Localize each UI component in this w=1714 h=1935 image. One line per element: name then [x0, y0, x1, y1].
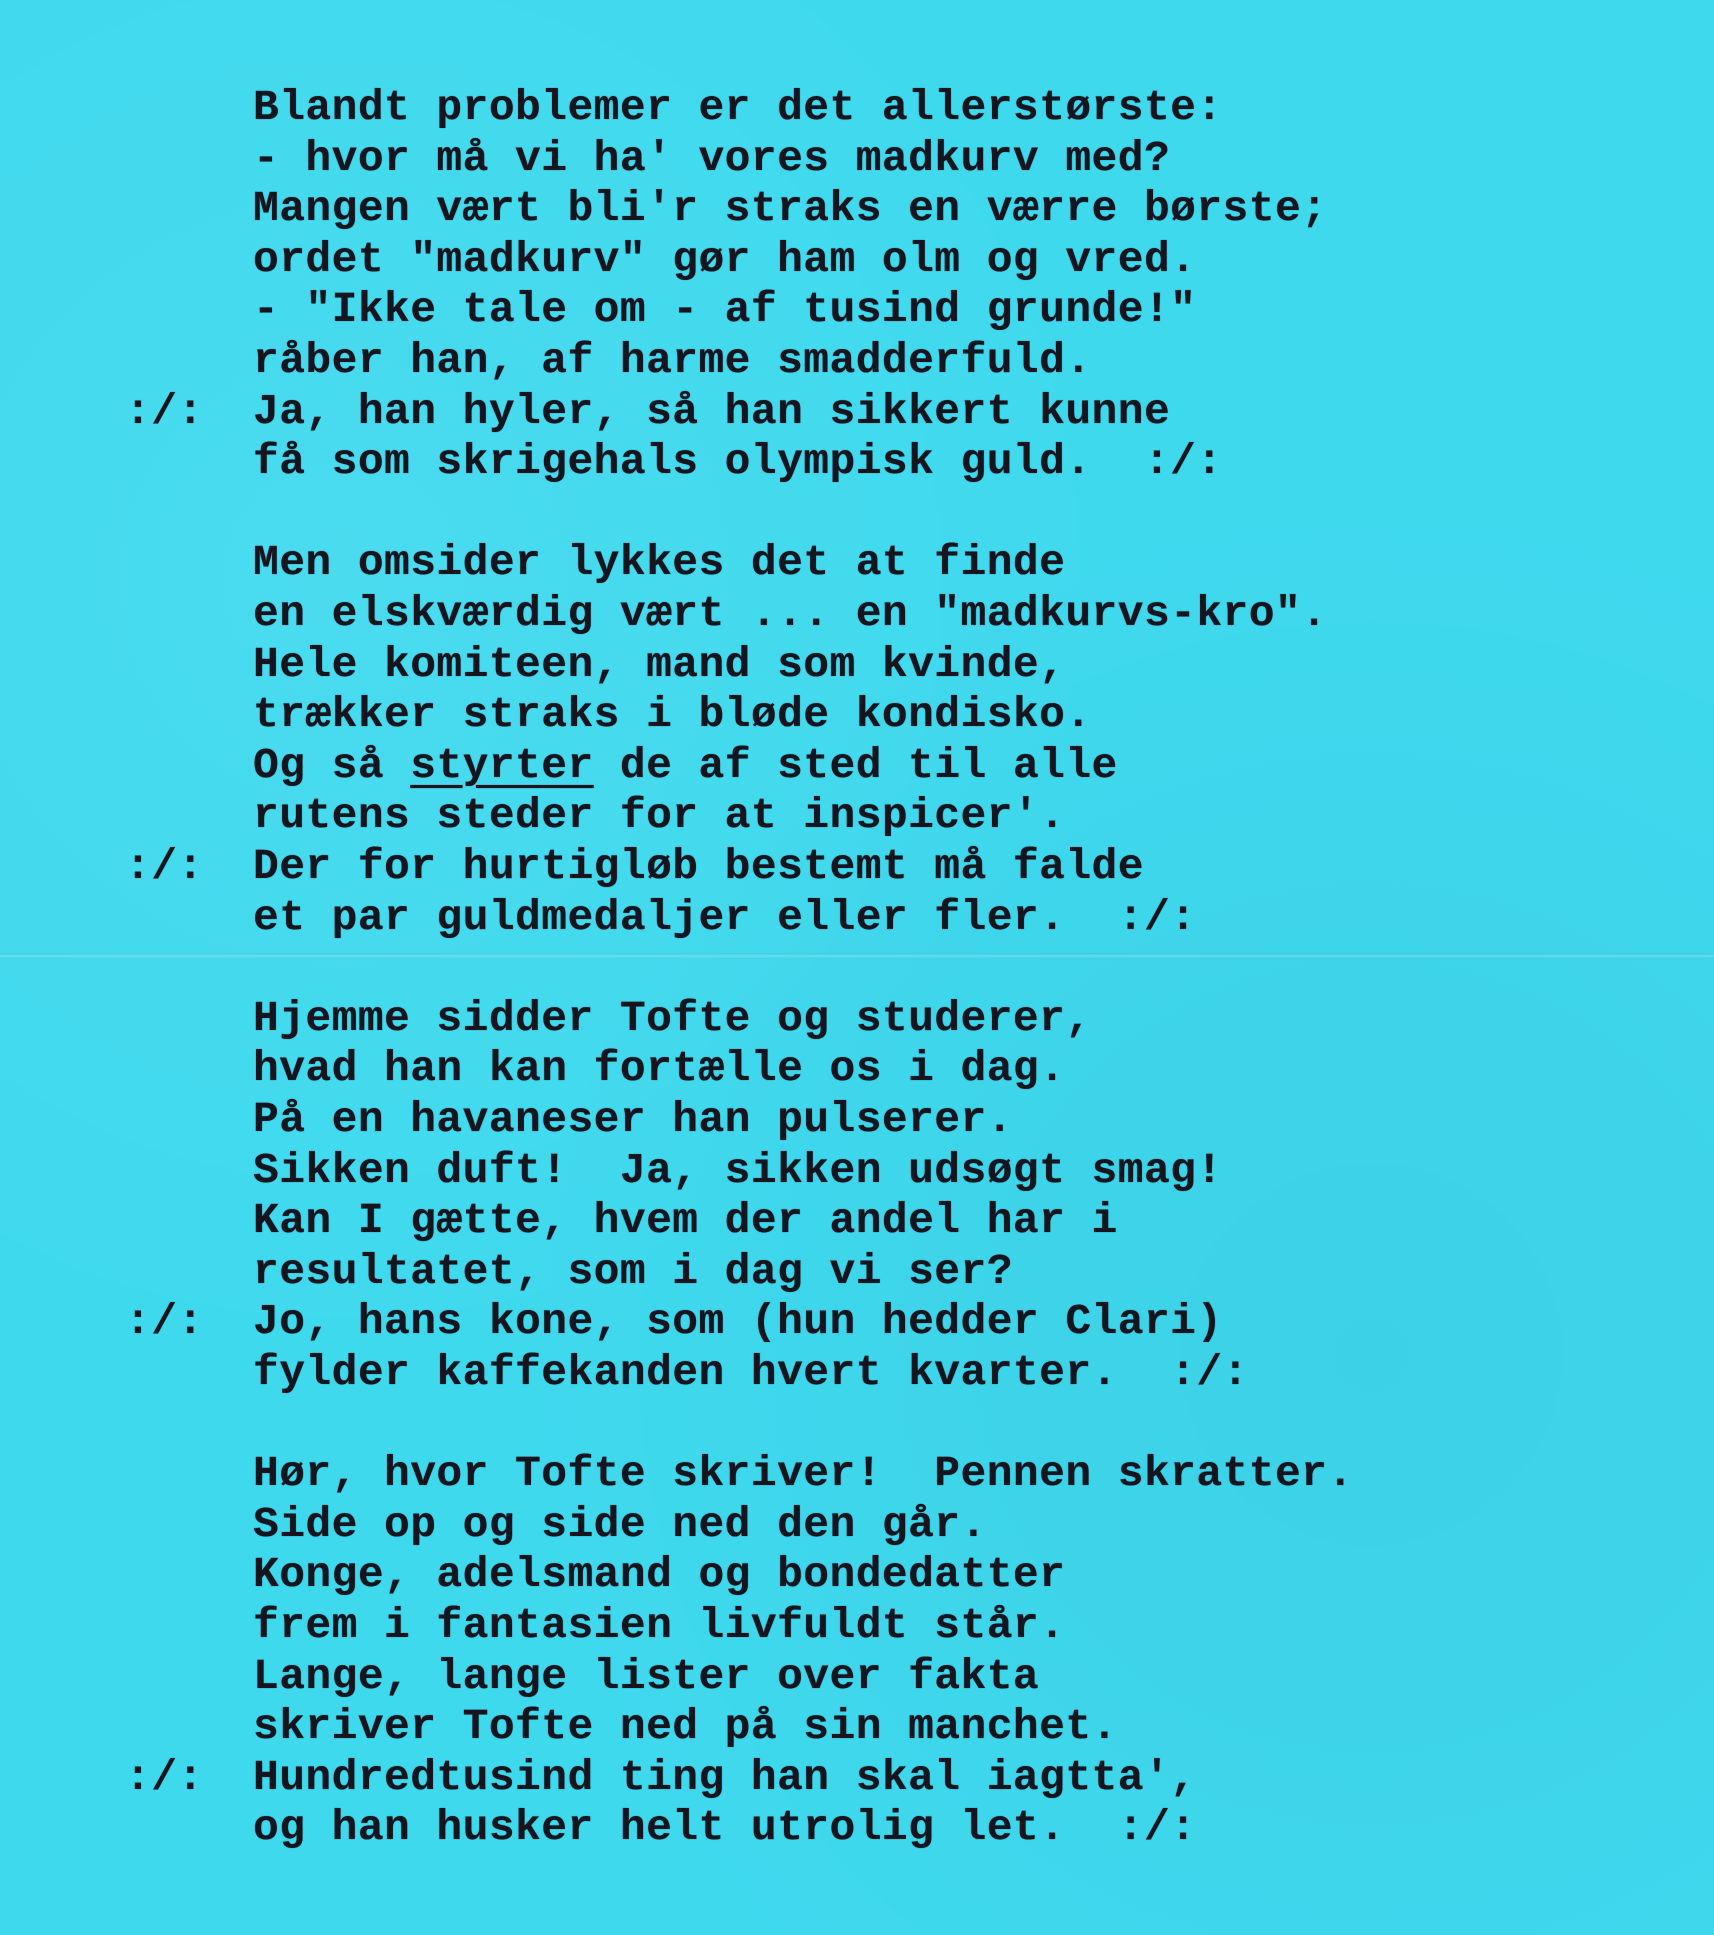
paper-fold-crease	[0, 953, 1714, 959]
line-text: Og så styrter de af sted til alle	[253, 741, 1118, 791]
line-text: - "Ikke tale om - af tusind grunde!"	[253, 285, 1196, 335]
line-text: Side op og side ned den går.	[253, 1500, 987, 1550]
line-text: Ja, han hyler, så han sikkert kunne	[253, 387, 1170, 437]
line-text: På en havaneser han pulserer.	[253, 1095, 1013, 1145]
line-text: resultatet, som i dag vi ser?	[253, 1247, 1013, 1297]
line-text: en elskværdig vært ... en "madkurvs-kro"…	[253, 589, 1327, 639]
line-text: trækker straks i bløde kondisko.	[253, 690, 1092, 740]
line-text: skriver Tofte ned på sin manchet.	[253, 1702, 1118, 1752]
line-text: Hundredtusind ting han skal iagtta',	[253, 1753, 1196, 1803]
repeat-marker: :/:	[125, 1297, 204, 1347]
line-text: og han husker helt utrolig let. :/:	[253, 1803, 1196, 1853]
line-text: Hele komiteen, mand som kvinde,	[253, 640, 1065, 690]
line-text: hvad han kan fortælle os i dag.	[253, 1044, 1065, 1094]
line-text: Hør, hvor Tofte skriver! Pennen skratter…	[253, 1449, 1354, 1499]
line-text: ordet "madkurv" gør ham olm og vred.	[253, 235, 1196, 285]
line-text: frem i fantasien livfuldt står.	[253, 1601, 1065, 1651]
line-text: Blandt problemer er det allerstørste:	[253, 83, 1223, 133]
line-text: Lange, lange lister over fakta	[253, 1652, 1039, 1702]
line-text: Konge, adelsmand og bondedatter	[253, 1550, 1065, 1600]
line-text: Kan I gætte, hvem der andel har i	[253, 1196, 1118, 1246]
repeat-marker: :/:	[125, 387, 204, 437]
line-text: få som skrigehals olympisk guld. :/:	[253, 437, 1223, 487]
line-text: - hvor må vi ha' vores madkurv med?	[253, 134, 1170, 184]
line-text: et par guldmedaljer eller fler. :/:	[253, 893, 1196, 943]
line-text: rutens steder for at inspicer'.	[253, 791, 1065, 841]
line-text: Mangen vært bli'r straks en værre børste…	[253, 184, 1327, 234]
line-text: Der for hurtigløb bestemt må falde	[253, 842, 1144, 892]
line-text: Sikken duft! Ja, sikken udsøgt smag!	[253, 1146, 1223, 1196]
line-text: Hjemme sidder Tofte og studerer,	[253, 994, 1092, 1044]
line-text: fylder kaffekanden hvert kvarter. :/:	[253, 1348, 1249, 1398]
repeat-marker: :/:	[125, 1753, 204, 1803]
line-text: Jo, hans kone, som (hun hedder Clari)	[253, 1297, 1223, 1347]
line-text: råber han, af harme smadderfuld.	[253, 336, 1092, 386]
repeat-marker: :/:	[125, 842, 204, 892]
line-text: Men omsider lykkes det at finde	[253, 538, 1065, 588]
underlined-word: styrter	[410, 741, 593, 790]
